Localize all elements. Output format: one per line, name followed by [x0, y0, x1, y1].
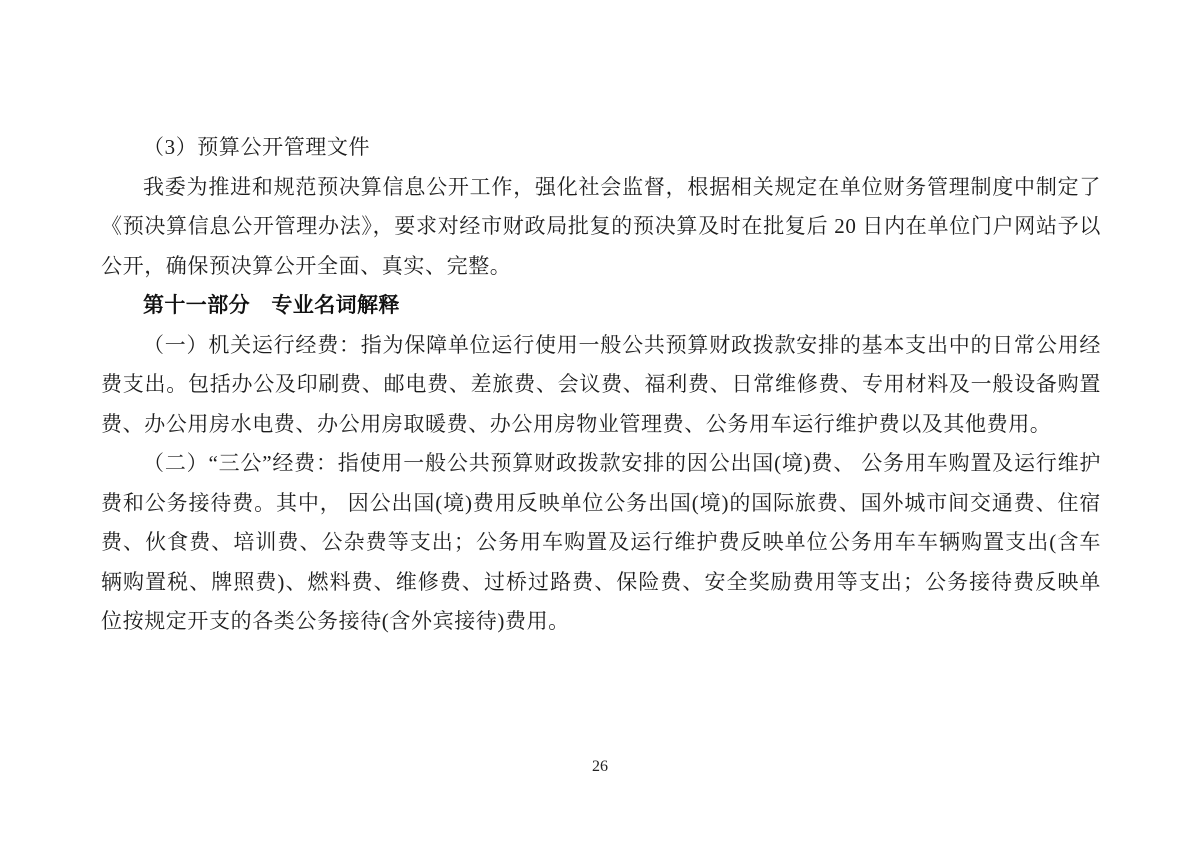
section-heading-part-eleven-glossary: 第十一部分 专业名词解释 [101, 286, 1101, 326]
page-number: 26 [0, 758, 1200, 776]
document-body: （3）预算公开管理文件 我委为推进和规范预决算信息公开工作，强化社会监督，根据相… [101, 128, 1101, 642]
paragraph-agency-operating-expenses-definition: （一）机关运行经费：指为保障单位运行使用一般公共预算财政拨款安排的基本支出中的日… [101, 326, 1101, 445]
subheading-budget-disclosure-documents: （3）预算公开管理文件 [101, 128, 1101, 168]
paragraph-three-public-expenses-definition: （二）“三公”经费：指使用一般公共预算财政拨款安排的因公出国(境)费、 公务用车… [101, 444, 1101, 642]
paragraph-disclosure-management-measures: 我委为推进和规范预决算信息公开工作，强化社会监督，根据相关规定在单位财务管理制度… [101, 168, 1101, 287]
document-page: （3）预算公开管理文件 我委为推进和规范预决算信息公开工作，强化社会监督，根据相… [0, 0, 1200, 848]
